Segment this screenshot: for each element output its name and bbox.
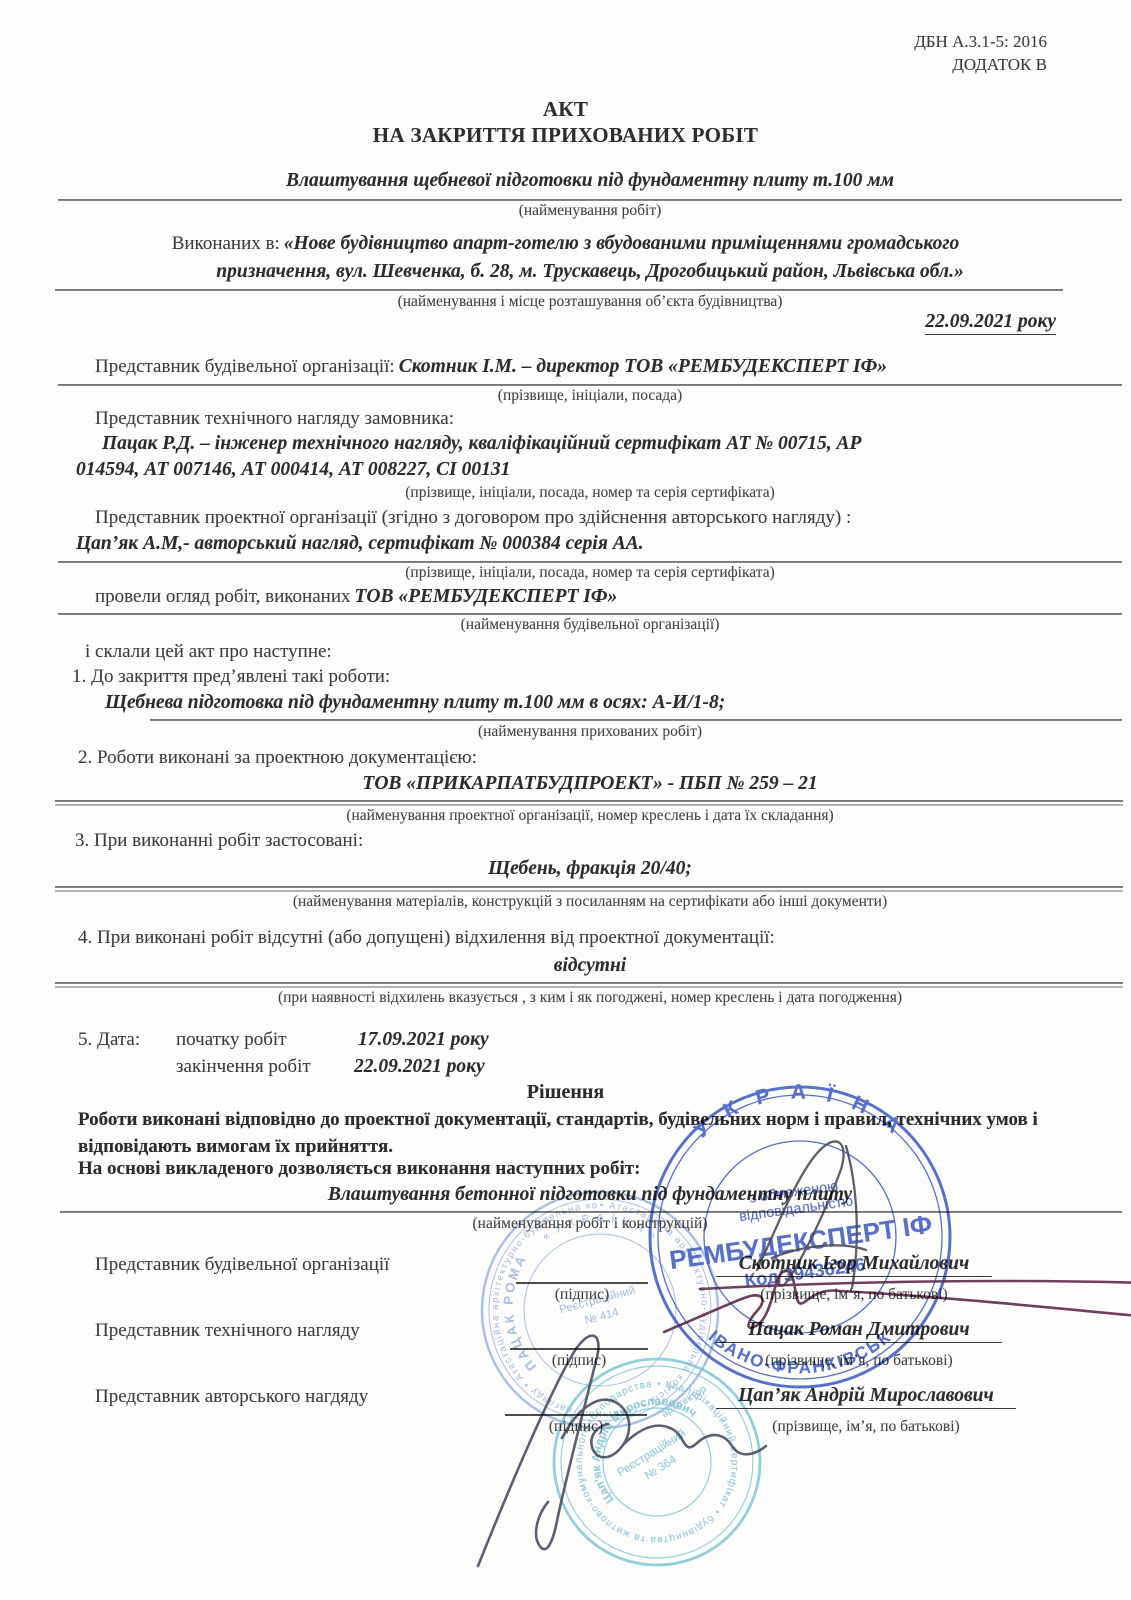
signature-caption: (підпис)	[516, 1286, 648, 1304]
rule	[55, 804, 1123, 806]
rule	[55, 890, 1123, 892]
dates-start-label: початку робіт	[176, 1029, 286, 1051]
signature-name-caption: (прізвище, ім’я, по батькові)	[716, 1286, 992, 1304]
item3-label: 3. При виконанні робіт застосовані:	[75, 830, 363, 852]
dates-end-label: закінчення робіт	[176, 1056, 311, 1078]
document-title: АКТ НА ЗАКРИТТЯ ПРИХОВАНИХ РОБІТ	[0, 96, 1131, 148]
decision-paragraph: Роботи виконані відповідно до проектної …	[78, 1106, 1068, 1160]
stamp-ring	[704, 1141, 896, 1333]
signature-name-builder: Скотник Ігор Михайлович	[716, 1253, 992, 1277]
work-name-caption: (найменування робіт)	[58, 202, 1122, 220]
inspection-prefix: провели огляд робіт, виконаних	[95, 586, 351, 607]
design-rep-label: Представник проектної організації (згідн…	[95, 507, 851, 529]
signature-caption: (підпис)	[505, 1418, 647, 1436]
norm-code: ДБН А.3.1-5: 2016	[914, 30, 1047, 53]
norm-reference: ДБН А.3.1-5: 2016 ДОДАТОК В	[914, 30, 1047, 76]
object-caption: (найменування і місце розташування об’єк…	[58, 293, 1122, 311]
personal-name-text: Цап’як Андрій Мирославович	[569, 1377, 719, 1507]
signature-name-caption: (прізвище, ім’я, по батькові)	[716, 1418, 1016, 1436]
builder-rep-row: Представник будівельної організації: Ско…	[95, 356, 887, 378]
rule	[60, 1211, 1122, 1213]
object-prefix: Виконаних в:	[172, 233, 280, 254]
item1-caption: (найменування прихованих робіт)	[58, 723, 1122, 741]
signature-role-author: Представник авторського нагдяду	[95, 1386, 368, 1408]
tech-rep-line2: 014594, АТ 007146, АТ 000414, АТ 008227,…	[76, 459, 510, 481]
decision-title: Рішення	[0, 1081, 1131, 1104]
rule	[55, 289, 1063, 291]
design-rep-caption: (прізвище, ініціали, посада, номер та се…	[58, 564, 1122, 582]
signature-name-tech: Пацак Роман Дмитрович	[716, 1319, 1002, 1343]
inspection-value: ТОВ «РЕМБУДЕКСПЕРТ ІФ»	[355, 586, 618, 607]
tech-rep-line1: Пацак Р.Д. – інженер технічного нагляду,…	[102, 433, 861, 455]
signature-name-caption: (прізвище, ім’я, по батькові)	[716, 1352, 1002, 1370]
rule	[58, 199, 1122, 201]
signature-name-author: Цап’як Андрій Мирославович	[716, 1385, 1016, 1409]
object-value-line1: «Нове будівництво апарт-готелю з вбудова…	[284, 233, 960, 254]
rule	[58, 613, 1122, 615]
signature-line	[505, 1414, 647, 1416]
rule	[55, 886, 1123, 888]
item4-caption: (при наявності відхилень вказується , з …	[58, 989, 1122, 1007]
item2-value: ТОВ «ПРИКАРПАТБУДПРОЕКТ» - ПБП № 259 – 2…	[58, 773, 1122, 795]
rule	[58, 561, 1122, 563]
inspection-caption: (найменування будівельної організації)	[58, 616, 1122, 634]
dates-end-value: 22.09.2021 року	[354, 1056, 485, 1078]
appendix-label: ДОДАТОК В	[914, 53, 1047, 76]
item2-label: 2. Роботи виконані за проектною документ…	[78, 747, 477, 769]
item4-value: відсутні	[58, 955, 1122, 977]
builder-rep-label: Представник будівельної організації:	[95, 356, 395, 377]
rule	[55, 986, 1123, 988]
item2-caption: (найменування проектної організації, ном…	[58, 807, 1122, 825]
svg-text:Цап’як Андрій Мирославович: Цап’як Андрій Мирославович	[569, 1377, 719, 1507]
composed-line: і склали цей акт про наступне:	[85, 641, 332, 663]
personal-role-text: архітектор	[659, 1383, 709, 1420]
signature-ink-author	[478, 1336, 766, 1566]
inspection-row: провели огляд робіт, виконаних ТОВ «РЕМБ…	[95, 586, 617, 608]
signature-role-tech: Представник технічного нагляду	[95, 1320, 360, 1342]
title-line2: НА ЗАКРИТТЯ ПРИХОВАНИХ РОБІТ	[0, 122, 1131, 148]
builder-rep-caption: (прізвище, ініціали, посада)	[58, 387, 1122, 405]
dates-start-value: 17.09.2021 року	[358, 1029, 489, 1051]
object-line2: призначення, вул. Шевченка, б. 28, м. Тр…	[58, 261, 1122, 283]
document-page: ДБН А.3.1-5: 2016 ДОДАТОК В АКТ НА ЗАКРИ…	[0, 0, 1131, 1600]
attestation-reg-no: № 414	[583, 1306, 620, 1327]
signature-line	[510, 1348, 648, 1350]
decision-value: Влаштування бетонної підготовки під фунд…	[58, 1184, 1122, 1206]
title-line1: АКТ	[0, 96, 1131, 122]
item1-label: 1. До закриття пред’явлені такі роботи:	[72, 666, 390, 688]
item3-value: Щебень, фракція 20/40;	[58, 858, 1122, 880]
signature-role-builder: Представник будівельної організації	[95, 1254, 389, 1276]
personal-reg-no: № 364	[643, 1453, 679, 1482]
tech-rep-label: Представник технічного нагляду замовника…	[95, 408, 454, 430]
rule	[150, 719, 1122, 721]
rule	[58, 384, 1122, 386]
tech-rep-caption: (прізвище, ініціали, посада, номер та се…	[58, 484, 1122, 502]
item1-value: Щебнева підготовка під фундаментну плиту…	[105, 692, 725, 714]
decision-basis: На основі викладеного дозволяється викон…	[78, 1158, 640, 1180]
object-line1: Виконаних в: «Нове будівництво апарт-гот…	[0, 233, 1131, 255]
decision-caption: (найменування робіт і конструкцій)	[58, 1215, 1122, 1233]
rule	[55, 982, 1123, 984]
signature-line	[516, 1282, 648, 1284]
builder-rep-value: Скотник І.М. – директор ТОВ «РЕМБУДЕКСПЕ…	[399, 356, 887, 377]
rule	[55, 800, 1123, 802]
item4-label: 4. При виконані робіт відсутні (або допу…	[78, 927, 775, 949]
act-date: 22.09.2021 року	[925, 311, 1056, 335]
dates-label: 5. Дата:	[78, 1029, 140, 1051]
signature-caption: (підпис)	[510, 1352, 648, 1370]
work-name: Влаштування щебневої підготовки під фунд…	[58, 170, 1122, 192]
design-rep-value: Цап’як А.М,- авторський нагляд, сертифік…	[76, 533, 644, 555]
item3-caption: (найменування матеріалів, конструкцій з …	[58, 893, 1122, 911]
